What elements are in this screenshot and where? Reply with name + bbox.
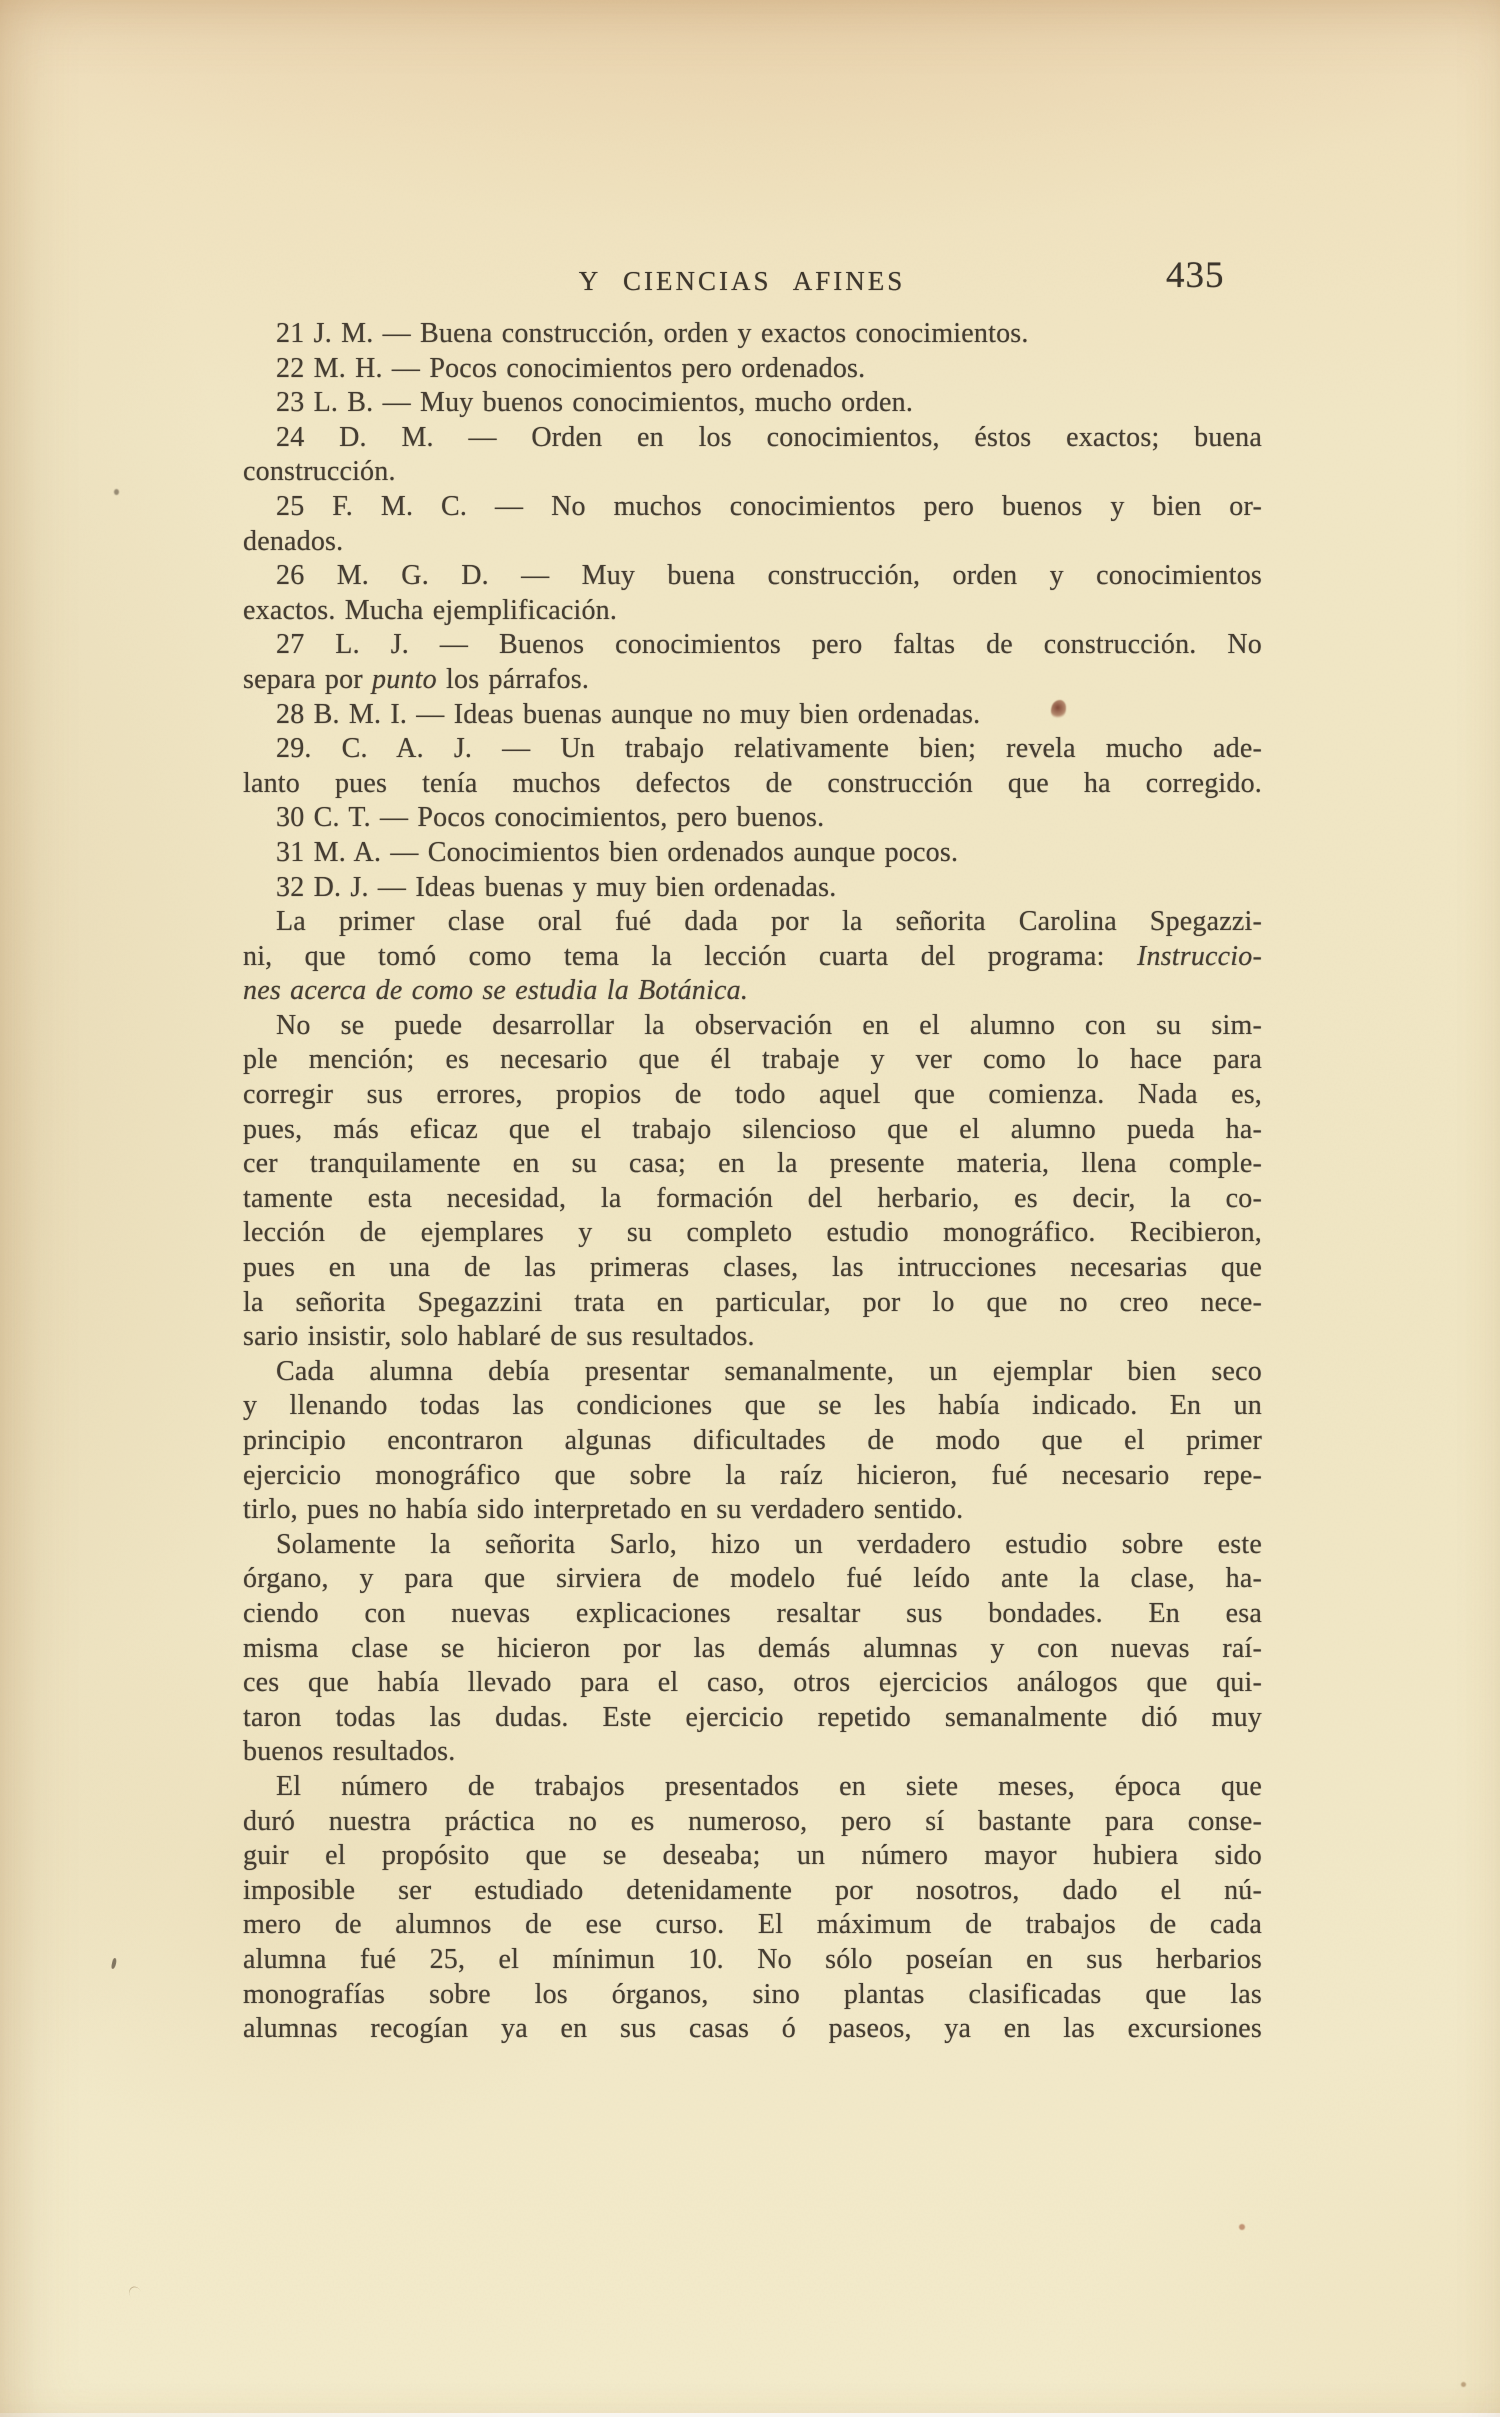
text-line: La primer clase oral fué dada por la señ… [243, 905, 1262, 940]
text-line: 21 J. M. — Buena construcción, orden y e… [243, 317, 1262, 352]
text-line: 28 B. M. I. — Ideas buenas aunque no muy… [243, 698, 1262, 733]
text-segment: 32 D. J. — Ideas buenas y muy bien orden… [276, 872, 836, 903]
text-segment: y llenando todas las condiciones que se … [243, 1390, 1262, 1421]
text-line: tirlo, pues no había sido interpretado e… [243, 1493, 1262, 1528]
text-segment: pues en una de las primeras clases, las … [243, 1252, 1262, 1283]
text-line: separa por punto los párrafos. [243, 663, 1262, 698]
text-segment: cer tranquilamente en su casa; en la pre… [243, 1148, 1262, 1179]
paper-speck [1239, 2224, 1245, 2230]
text-line: y llenando todas las condiciones que se … [243, 1389, 1262, 1424]
text-segment: La primer clase oral fué dada por la señ… [276, 906, 1262, 937]
text-segment: corregir sus errores, propios de todo aq… [243, 1079, 1262, 1110]
text-segment: ni, que tomó como tema la lección cuarta… [243, 941, 1137, 972]
text-segment: sario insistir, solo hablaré de sus resu… [243, 1321, 755, 1352]
text-line: 26 M. G. D. — Muy buena construcción, or… [243, 559, 1262, 594]
text-segment: 26 M. G. D. — Muy buena construcción, or… [276, 560, 1262, 591]
text-line: mero de alumnos de ese curso. El máximum… [243, 1908, 1262, 1943]
bottom-scan-edge [0, 2413, 1500, 2417]
text-line: principio encontraron algunas dificultad… [243, 1424, 1262, 1459]
text-segment: separa por [243, 664, 372, 695]
paper-speck [114, 489, 119, 495]
text-segment: lección de ejemplares y su completo estu… [243, 1217, 1262, 1248]
text-line: construcción. [243, 455, 1262, 490]
text-line: imposible ser estudiado detenidamente po… [243, 1874, 1262, 1909]
text-segment: 28 B. M. I. — Ideas buenas aunque no muy… [276, 699, 980, 730]
text-line: guir el propósito que se deseaba; un núm… [243, 1839, 1262, 1874]
italic-text-segment: nes acerca de como se estudia la Botánic… [243, 975, 748, 1006]
text-line: buenos resultados. [243, 1735, 1262, 1770]
text-line: ple mención; es necesario que él trabaje… [243, 1043, 1262, 1078]
text-segment: ple mención; es necesario que él trabaje… [243, 1044, 1262, 1075]
text-segment: 25 F. M. C. — No muchos conocimientos pe… [276, 491, 1262, 522]
text-segment: El número de trabajos presentados en sie… [276, 1771, 1262, 1802]
text-line: misma clase se hicieron por las demás al… [243, 1632, 1262, 1667]
text-segment: imposible ser estudiado detenidamente po… [243, 1875, 1262, 1906]
scanned-book-page: Y CIENCIAS AFINES 435 21 J. M. — Buena c… [0, 0, 1500, 2417]
text-line: 29. C. A. J. — Un trabajo relativamente … [243, 732, 1262, 767]
text-segment: principio encontraron algunas dificultad… [243, 1425, 1262, 1456]
text-line: Solamente la señorita Sarlo, hizo un ver… [243, 1528, 1262, 1563]
text-line: corregir sus errores, propios de todo aq… [243, 1078, 1262, 1113]
text-segment: taron todas las dudas. Este ejercicio re… [243, 1702, 1262, 1733]
text-line: la señorita Spegazzini trata en particul… [243, 1286, 1262, 1321]
text-segment: Cada alumna debía presentar semanalmente… [276, 1356, 1262, 1387]
text-segment: exactos. Mucha ejemplificación. [243, 595, 617, 626]
text-segment: tamente esta necesidad, la formación del… [243, 1183, 1262, 1214]
body-text: 21 J. M. — Buena construcción, orden y e… [243, 317, 1262, 2047]
text-segment: alumnas recogían ya en sus casas ó paseo… [243, 2013, 1262, 2044]
text-line: exactos. Mucha ejemplificación. [243, 594, 1262, 629]
text-segment: denados. [243, 526, 343, 557]
text-segment: monografías sobre los órganos, sino plan… [243, 1979, 1262, 2010]
text-line: pues, más eficaz que el trabajo silencio… [243, 1113, 1262, 1148]
text-line: denados. [243, 525, 1262, 560]
text-segment: 31 M. A. — Conocimientos bien ordenados … [276, 837, 958, 868]
text-segment: guir el propósito que se deseaba; un núm… [243, 1840, 1262, 1871]
text-line: ni, que tomó como tema la lección cuarta… [243, 940, 1262, 975]
text-segment: ciendo con nuevas explicaciones resaltar… [243, 1598, 1262, 1629]
text-line: tamente esta necesidad, la formación del… [243, 1182, 1262, 1217]
text-segment: Solamente la señorita Sarlo, hizo un ver… [276, 1529, 1262, 1560]
text-segment: mero de alumnos de ese curso. El máximum… [243, 1909, 1262, 1940]
text-segment: misma clase se hicieron por las demás al… [243, 1633, 1262, 1664]
text-line: 32 D. J. — Ideas buenas y muy bien orden… [243, 871, 1262, 906]
text-line: nes acerca de como se estudia la Botánic… [243, 974, 1262, 1009]
text-line: No se puede desarrollar la observación e… [243, 1009, 1262, 1044]
text-line: alumnas recogían ya en sus casas ó paseo… [243, 2012, 1262, 2047]
text-line: El número de trabajos presentados en sie… [243, 1770, 1262, 1805]
text-line: 31 M. A. — Conocimientos bien ordenados … [243, 836, 1262, 871]
text-line: 22 M. H. — Pocos conocimientos pero orde… [243, 352, 1262, 387]
text-segment: 29. C. A. J. — Un trabajo relativamente … [276, 733, 1262, 764]
text-line: 27 L. J. — Buenos conocimientos pero fal… [243, 628, 1262, 663]
text-line: lanto pues tenía muchos defectos de cons… [243, 767, 1262, 802]
text-line: ejercicio monográfico que sobre la raíz … [243, 1459, 1262, 1494]
text-line: sario insistir, solo hablaré de sus resu… [243, 1320, 1262, 1355]
text-segment: tirlo, pues no había sido interpretado e… [243, 1494, 963, 1525]
text-segment: lanto pues tenía muchos defectos de cons… [243, 768, 1262, 799]
italic-text-segment: punto [372, 664, 437, 695]
text-line: 25 F. M. C. — No muchos conocimientos pe… [243, 490, 1262, 525]
running-header: Y CIENCIAS AFINES 435 [0, 258, 1500, 304]
text-line: ces que había llevado para el caso, otro… [243, 1666, 1262, 1701]
text-segment: 27 L. J. — Buenos conocimientos pero fal… [276, 629, 1262, 660]
text-line: taron todas las dudas. Este ejercicio re… [243, 1701, 1262, 1736]
paper-speck [1461, 2382, 1466, 2387]
running-title: Y CIENCIAS AFINES [0, 266, 1492, 297]
text-line: ciendo con nuevas explicaciones resaltar… [243, 1597, 1262, 1632]
text-segment: 21 J. M. — Buena construcción, orden y e… [276, 318, 1029, 349]
text-line: 23 L. B. — Muy buenos conocimientos, muc… [243, 386, 1262, 421]
text-segment: duró nuestra práctica no es numeroso, pe… [243, 1806, 1262, 1837]
text-line: monografías sobre los órganos, sino plan… [243, 1978, 1262, 2013]
paper-speck [111, 1958, 117, 1970]
text-segment: 24 D. M. — Orden en los conocimientos, é… [276, 422, 1262, 453]
text-segment: 30 C. T. — Pocos conocimientos, pero bue… [276, 802, 824, 833]
text-line: alumna fué 25, el mínimun 10. No sólo po… [243, 1943, 1262, 1978]
text-line: órgano, y para que sirviera de modelo fu… [243, 1562, 1262, 1597]
text-segment: ejercicio monográfico que sobre la raíz … [243, 1460, 1262, 1491]
text-segment: ces que había llevado para el caso, otro… [243, 1667, 1262, 1698]
text-line: 30 C. T. — Pocos conocimientos, pero bue… [243, 801, 1262, 836]
text-segment: alumna fué 25, el mínimun 10. No sólo po… [243, 1944, 1262, 1975]
page-number: 435 [1166, 254, 1225, 297]
text-segment: construcción. [243, 456, 396, 487]
text-line: cer tranquilamente en su casa; en la pre… [243, 1147, 1262, 1182]
text-segment: 22 M. H. — Pocos conocimientos pero orde… [276, 353, 865, 384]
text-line: duró nuestra práctica no es numeroso, pe… [243, 1805, 1262, 1840]
text-segment: los párrafos. [437, 664, 589, 695]
italic-text-segment: Instruccio- [1137, 941, 1262, 972]
text-segment: No se puede desarrollar la observación e… [276, 1010, 1262, 1041]
text-segment: la señorita Spegazzini trata en particul… [243, 1287, 1262, 1318]
text-segment: buenos resultados. [243, 1736, 455, 1767]
text-line: lección de ejemplares y su completo estu… [243, 1216, 1262, 1251]
text-line: pues en una de las primeras clases, las … [243, 1251, 1262, 1286]
text-line: Cada alumna debía presentar semanalmente… [243, 1355, 1262, 1390]
text-segment: órgano, y para que sirviera de modelo fu… [243, 1563, 1262, 1594]
text-segment: 23 L. B. — Muy buenos conocimientos, muc… [276, 387, 913, 418]
paper-speck [127, 2284, 146, 2305]
text-segment: pues, más eficaz que el trabajo silencio… [243, 1114, 1262, 1145]
text-line: 24 D. M. — Orden en los conocimientos, é… [243, 421, 1262, 456]
